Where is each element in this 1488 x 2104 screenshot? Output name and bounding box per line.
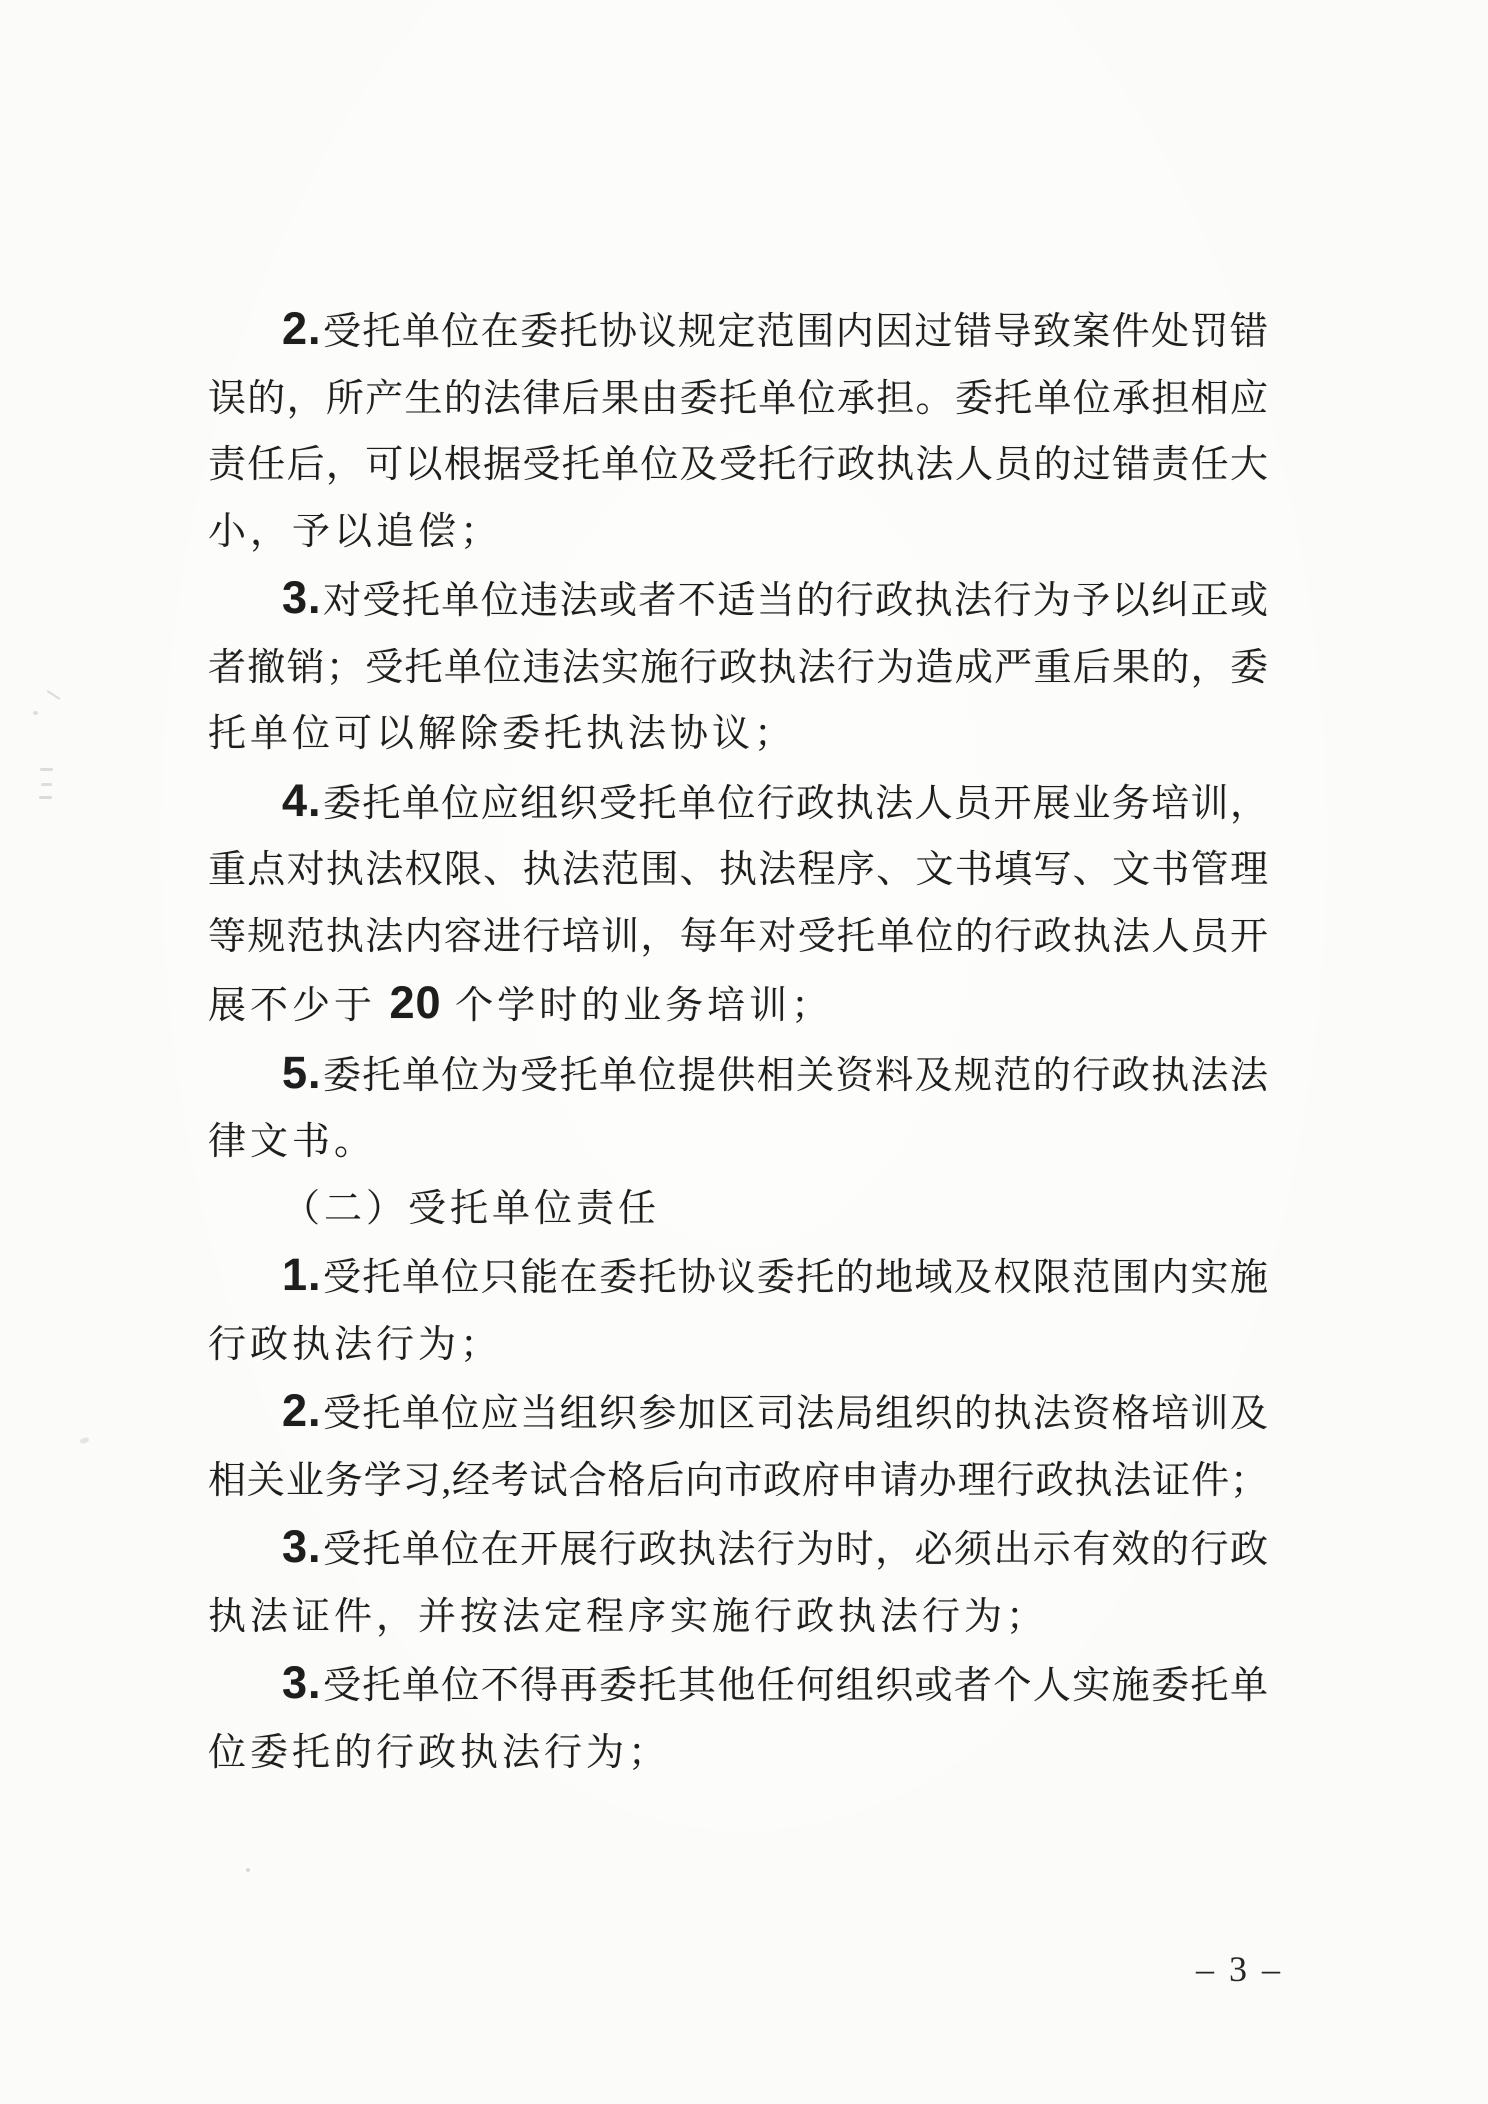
document-line: 位委托的行政执法行为；	[208, 1720, 1268, 1787]
text-segment: 对受托单位违法或者不适当的行政执法行为予以纠正或	[322, 580, 1268, 622]
document-lines: 2.受托单位在委托协议规定范围内因过错导致案件处罚错误的，所产生的法律后果由委托…	[208, 296, 1268, 1786]
text-segment: 受托单位不得再委托其他任何组织或者个人实施委托单	[322, 1665, 1268, 1707]
document-line: 等规范执法内容进行培训，每年对受托单位的行政执法人员开	[208, 904, 1268, 971]
numeral: 4.	[282, 775, 322, 826]
text-segment: 受托单位应当组织参加区司法局组织的执法资格培训及	[322, 1393, 1268, 1435]
document-page: 2.受托单位在委托协议规定范围内因过错导致案件处罚错误的，所产生的法律后果由委托…	[0, 0, 1488, 2104]
document-line: 行政执法行为；	[208, 1312, 1268, 1379]
document-line: 2.受托单位在委托协议规定范围内因过错导致案件处罚错	[208, 296, 1268, 366]
numeral: 3.	[282, 1657, 322, 1708]
text-segment: 受托单位在开展行政执法行为时，必须出示有效的行政	[322, 1529, 1268, 1571]
page-number: – 3 –	[1196, 1948, 1283, 1990]
document-line: 托单位可以解除委托执法协议；	[208, 701, 1268, 768]
numeral: 20	[390, 977, 442, 1028]
document-line: 5.委托单位为受托单位提供相关资料及规范的行政执法法	[208, 1040, 1268, 1110]
text-segment: 者撤销；受托单位违法实施行政执法行为造成严重后果的，委	[208, 647, 1268, 689]
text-segment: 行政执法行为；	[208, 1324, 502, 1366]
scan-artifact	[47, 690, 61, 700]
document-line: 展不少于 20 个学时的业务培训；	[208, 970, 1268, 1040]
text-segment: 执法证件，并按法定程序实施行政执法行为；	[208, 1596, 1048, 1638]
scan-artifact	[246, 1868, 250, 1872]
document-line: 相关业务学习,经考试合格后向市政府申请办理行政执法证件；	[208, 1448, 1268, 1515]
document-line: 责任后，可以根据受托单位及受托行政执法人员的过错责任大	[208, 432, 1268, 499]
text-segment: 责任后，可以根据受托单位及受托行政执法人员的过错责任大	[208, 444, 1268, 486]
numeral: 3.	[282, 572, 322, 623]
document-line: 1.受托单位只能在委托协议委托的地域及权限范围内实施	[208, 1242, 1268, 1312]
numeral: 1.	[282, 1249, 322, 1300]
text-segment: 受托单位在委托协议规定范围内因过错导致案件处罚错	[322, 311, 1268, 353]
text-segment: 位委托的行政执法行为；	[208, 1732, 670, 1774]
text-segment: 律文书。	[208, 1121, 376, 1163]
text-segment: 重点对执法权限、执法范围、执法程序、文书填写、文书管理	[208, 849, 1268, 891]
document-line: 重点对执法权限、执法范围、执法程序、文书填写、文书管理	[208, 837, 1268, 904]
document-line: 4.委托单位应组织受托单位行政执法人员开展业务培训，	[208, 768, 1268, 838]
text-segment: 误的，所产生的法律后果由委托单位承担。委托单位承担相应	[208, 378, 1268, 420]
document-line: 小，予以追偿；	[208, 499, 1268, 566]
document-line: 2.受托单位应当组织参加区司法局组织的执法资格培训及	[208, 1378, 1268, 1448]
document-line: 执法证件，并按法定程序实施行政执法行为；	[208, 1584, 1268, 1651]
scan-artifact	[33, 711, 38, 715]
text-segment: 委托单位为受托单位提供相关资料及规范的行政执法法	[322, 1055, 1268, 1097]
text-segment: 相关业务学习,经考试合格后向市政府申请办理行政执法证件；	[208, 1460, 1268, 1502]
document-line: 3.对受托单位违法或者不适当的行政执法行为予以纠正或	[208, 565, 1268, 635]
scan-artifact	[40, 768, 53, 771]
document-line: 律文书。	[208, 1109, 1268, 1176]
text-segment: 个学时的业务培训；	[442, 985, 834, 1027]
text-segment: 展不少于	[208, 985, 390, 1027]
scan-artifact	[41, 783, 52, 786]
numeral: 2.	[282, 303, 322, 354]
text-segment: 托单位可以解除委托执法协议；	[208, 713, 796, 755]
document-line: 者撤销；受托单位违法实施行政执法行为造成严重后果的，委	[208, 635, 1268, 702]
text-segment: 小，予以追偿；	[208, 511, 502, 553]
text-segment: （二）受托单位责任	[282, 1188, 660, 1230]
text-segment: 受托单位只能在委托协议委托的地域及权限范围内实施	[322, 1257, 1268, 1299]
document-line: 3.受托单位在开展行政执法行为时，必须出示有效的行政	[208, 1514, 1268, 1584]
numeral: 5.	[282, 1047, 322, 1098]
document-line: 3.受托单位不得再委托其他任何组织或者个人实施委托单	[208, 1650, 1268, 1720]
document-line: （二）受托单位责任	[208, 1176, 1268, 1243]
numeral: 2.	[282, 1385, 322, 1436]
text-segment: 等规范执法内容进行培训，每年对受托单位的行政执法人员开	[208, 916, 1268, 958]
numeral: 3.	[282, 1521, 322, 1572]
text-segment: 委托单位应组织受托单位行政执法人员开展业务培训，	[322, 783, 1268, 825]
scan-artifact	[39, 796, 52, 799]
scan-artifact	[79, 1437, 89, 1445]
document-line: 误的，所产生的法律后果由委托单位承担。委托单位承担相应	[208, 366, 1268, 433]
